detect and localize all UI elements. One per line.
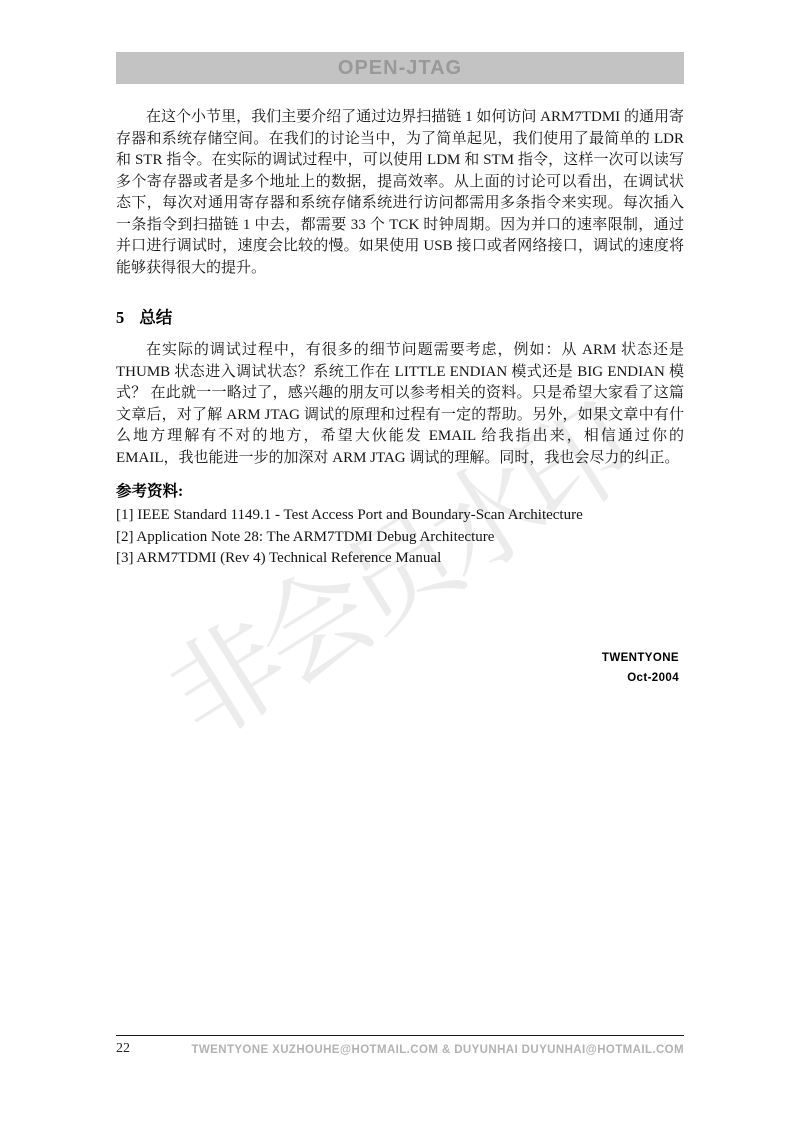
reference-item: [3] ARM7TDMI (Rev 4) Technical Reference… [116,548,684,570]
section-number: 5 [116,307,124,329]
footer-contact-line: TWENTYONE XUZHOUHE@HOTMAIL.COM & DUYUNHA… [191,1044,684,1056]
reference-item: [2] Application Note 28: The ARM7TDMI De… [116,527,684,549]
section-title: 总结 [139,307,172,329]
intro-paragraph: 在这个小节里，我们主要介绍了通过边界扫描链 1 如何访问 ARM7TDMI 的通… [116,107,684,279]
page-content: 在这个小节里，我们主要介绍了通过边界扫描链 1 如何访问 ARM7TDMI 的通… [116,84,684,684]
references-heading: 参考资料: [116,481,684,502]
signature-date: Oct-2004 [116,672,679,684]
section-heading: 5 总结 [116,307,684,329]
reference-item: [1] IEEE Standard 1149.1 - Test Access P… [116,505,684,527]
summary-paragraph: 在实际的调试过程中，有很多的细节问题需要考虑，例如：从 ARM 状态还是 THU… [116,340,684,469]
page-number: 22 [116,1041,130,1057]
references-list: [1] IEEE Standard 1149.1 - Test Access P… [116,505,684,570]
document-page: 非会员水印 OPEN-JTAG 在这个小节里，我们主要介绍了通过边界扫描链 1 … [0,0,793,1122]
signature-author: TWENTYONE [116,652,679,664]
signature-block: TWENTYONE Oct-2004 [116,652,684,684]
page-header-title: OPEN-JTAG [116,52,684,84]
footer-divider [116,1035,684,1036]
